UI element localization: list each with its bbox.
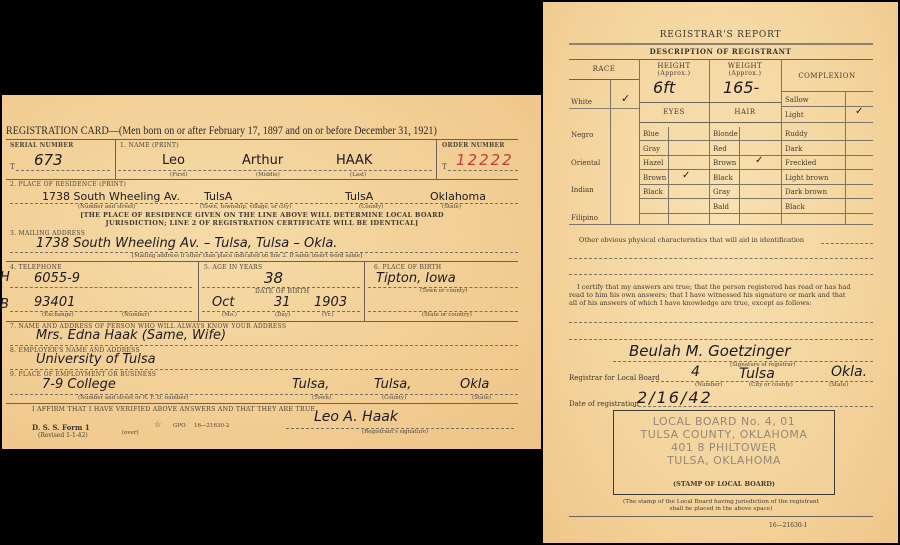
residence-town: TulsA <box>204 190 232 203</box>
race-oriental: Oriental <box>571 159 600 167</box>
telephone-label: 4. TELEPHONE <box>10 264 62 271</box>
first-caption: (First) <box>170 172 188 178</box>
stamp-note: (The stamp of the Local Board having jur… <box>573 499 869 513</box>
race-negro: Negro <box>571 131 593 139</box>
stamp-line-4: TULSA, OKLAHOMA <box>614 454 834 467</box>
telephone-business-value: 93401 <box>34 295 75 310</box>
eyes-gray: Gray <box>643 145 660 153</box>
race-header: RACE <box>569 65 639 73</box>
other-characteristics-label: Other obvious physical characteristics t… <box>579 236 804 244</box>
last-caption: (Last) <box>350 172 366 178</box>
hair-checkmark: ✓ <box>755 155 763 166</box>
hair-red: Red <box>713 145 727 153</box>
eyes-checkmark: ✓ <box>682 170 690 181</box>
gpo-label: GPO <box>173 423 186 429</box>
eyes-brown: Brown <box>643 174 666 182</box>
eyes-header: EYES <box>639 108 709 116</box>
affirm-statement: I AFFIRM THAT I HAVE VERIFIED ABOVE ANSW… <box>32 406 318 413</box>
card-title: REGISTRATION CARD—(Men born on or after … <box>6 123 437 138</box>
middle-caption: (Middle) <box>256 172 280 178</box>
complexion-checkmark: ✓ <box>855 106 863 117</box>
employment-street-caption: (Number and street or R. F. D. number) <box>78 395 188 401</box>
telephone-business-marker: B <box>0 297 9 312</box>
middle-name-value: Arthur <box>242 153 283 168</box>
local-board-city: Tulsa <box>739 366 775 382</box>
residence-street: 1738 South Wheeling Av. <box>42 190 180 203</box>
form-name: D. S. S. Form 1 <box>32 423 90 432</box>
name-label: 1. NAME (Print) <box>120 142 179 149</box>
race-indian: Indian <box>571 186 594 194</box>
complexion-ruddy: Ruddy <box>785 130 808 138</box>
day-caption: (Day) <box>275 312 290 318</box>
local-board-number: 4 <box>691 364 700 380</box>
registrant-signature: Leo A. Haak <box>314 409 398 425</box>
height-sub: (Approx.) <box>639 70 709 77</box>
contact-value: Mrs. Edna Haak (Same, Wife) <box>36 328 226 343</box>
birthplace-value: Tipton, Iowa <box>376 271 456 286</box>
age-value: 38 <box>264 269 283 287</box>
employment-town: Tulsa, <box>292 377 329 392</box>
certify-statement: I certify that my answers are true; that… <box>569 283 873 307</box>
employment-state: Okla <box>460 377 489 392</box>
complexion-light-brown: Light brown <box>785 174 828 182</box>
year-caption: (Yr.) <box>322 312 334 318</box>
residence-label: 2. PLACE OF RESIDENCE (Print) <box>10 181 126 188</box>
hair-gray: Gray <box>713 188 730 196</box>
telephone-home-value: 6055-9 <box>34 271 80 286</box>
employment-town-caption: (Town) <box>312 395 331 401</box>
stamp-line-1: LOCAL BOARD No. 4, 01 <box>614 415 834 428</box>
stamp-line-3: 401 8 PHILTOWER <box>614 441 834 454</box>
certify-line-3: all of his answers of which I have knowl… <box>569 299 873 307</box>
local-board-state-caption: (State) <box>829 382 848 388</box>
complexion-black: Black <box>785 203 805 211</box>
report-form-code: 16—21630-1 <box>769 522 808 529</box>
number-caption: (Number) <box>122 312 149 318</box>
telephone-home-marker: H <box>0 270 10 285</box>
height-header: HEIGHT <box>639 62 709 70</box>
birthplace-label: 6. PLACE OF BIRTH <box>374 264 441 271</box>
report-title: REGISTRAR'S REPORT <box>543 30 898 40</box>
registrar-report-back: REGISTRAR'S REPORT DESCRIPTION OF REGIST… <box>543 2 898 543</box>
date-of-registration-label: Date of registration <box>569 400 639 408</box>
employment-state-caption: (State) <box>472 395 491 401</box>
stamp-caption: (STAMP OF LOCAL BOARD) <box>614 480 834 488</box>
stamp-line-2: TULSA COUNTY, OKLAHOMA <box>614 428 834 441</box>
weight-sub: (Approx.) <box>709 70 781 77</box>
eyes-blue: Blue <box>643 130 659 138</box>
age-label: 5. AGE IN YEARS <box>204 264 262 271</box>
mailing-caption: [Mailing address if other than place ind… <box>132 253 362 259</box>
order-number-value: 12222 <box>456 151 514 169</box>
stamp-note-line-1: (The stamp of the Local Board having jur… <box>573 499 869 506</box>
residence-street-caption: (Number and street) <box>78 204 136 210</box>
complexion-sallow: Sallow <box>785 96 809 104</box>
form-code: 16—21630-2 <box>194 423 229 429</box>
residence-town-caption: (Town, township, village, or city) <box>200 204 291 210</box>
eyes-black: Black <box>643 188 663 196</box>
eyes-hazel: Hazel <box>643 159 663 167</box>
exchange-caption: (Exchange) <box>42 312 74 318</box>
birthplace-state-caption: (State or country) <box>422 312 472 318</box>
complexion-header: COMPLEXION <box>781 72 873 80</box>
form-over: (over) <box>122 430 139 436</box>
date-of-registration-value: 2/16/42 <box>637 388 713 407</box>
serial-number-value: 673 <box>34 151 63 169</box>
race-white: White <box>571 98 592 106</box>
registrant-signature-caption: (Registrant's signature) <box>362 429 428 435</box>
hair-brown: Brown <box>713 159 736 167</box>
serial-prefix: T <box>10 163 15 171</box>
complexion-light: Light <box>785 111 804 119</box>
hair-header: HAIR <box>709 108 781 116</box>
stamp-box: LOCAL BOARD No. 4, 01 TULSA COUNTY, OKLA… <box>613 410 835 495</box>
serial-number-label: SERIAL NUMBER <box>10 142 74 149</box>
height-value: 6ft <box>653 78 675 97</box>
weight-header: WEIGHT <box>709 62 781 70</box>
complexion-dark: Dark <box>785 145 802 153</box>
hair-blonde: Blonde <box>713 130 738 138</box>
dob-year: 1903 <box>314 295 347 310</box>
employer-value: University of Tulsa <box>36 352 156 367</box>
star-icon: ☆ <box>154 420 161 429</box>
registration-card-front: REGISTRATION CARD—(Men born on or after … <box>2 95 541 449</box>
race-filipino: Filipino <box>571 214 598 222</box>
dob-month: Oct <box>212 295 234 310</box>
order-prefix: T <box>442 163 447 171</box>
hair-black: Black <box>713 174 733 182</box>
month-caption: (Mo.) <box>222 312 237 318</box>
certify-line-1: I certify that my answers are true; that… <box>569 283 873 291</box>
residence-notice-2: JURISDICTION; LINE 2 OF REGISTRATION CER… <box>22 219 502 227</box>
complexion-dark-brown: Dark brown <box>785 188 827 196</box>
race-checkmark: ✓ <box>621 92 630 105</box>
employment-county-caption: (County) <box>382 395 406 401</box>
local-board-label: Registrar for Local Board <box>569 374 660 382</box>
residence-state: Oklahoma <box>430 190 486 203</box>
order-number-label: ORDER NUMBER <box>442 142 505 149</box>
birthplace-town-caption: (Town or county) <box>420 288 467 294</box>
certify-line-2: read to him his own answers; that I have… <box>569 291 873 299</box>
dob-label: DATE OF BIRTH <box>255 288 309 295</box>
residence-state-caption: (State) <box>442 204 461 210</box>
employment-county: Tulsa, <box>374 377 411 392</box>
residence-county-caption: (County) <box>359 204 383 210</box>
dob-day: 31 <box>274 295 291 310</box>
registrar-signature: Beulah M. Goetzinger <box>629 342 791 360</box>
first-name-value: Leo <box>162 153 185 168</box>
mailing-value: 1738 South Wheeling Av. – Tulsa, Tulsa –… <box>36 236 337 251</box>
local-board-city-caption: (City or county) <box>749 382 793 388</box>
residence-county: TulsA <box>345 190 373 203</box>
form-revised: (Revised 1-1-42) <box>38 432 88 439</box>
complexion-freckled: Freckled <box>785 159 816 167</box>
residence-notice-1: [THE PLACE OF RESIDENCE GIVEN ON THE LIN… <box>22 211 502 219</box>
hair-bald: Bald <box>713 203 729 211</box>
local-board-state: Okla. <box>831 364 867 380</box>
description-subtitle: DESCRIPTION OF REGISTRANT <box>543 47 898 56</box>
employment-street: 7-9 College <box>42 377 116 392</box>
last-name-value: HAAK <box>336 153 372 168</box>
weight-value: 165- <box>723 78 759 97</box>
stamp-note-line-2: shall be placed in the above space) <box>573 506 869 513</box>
